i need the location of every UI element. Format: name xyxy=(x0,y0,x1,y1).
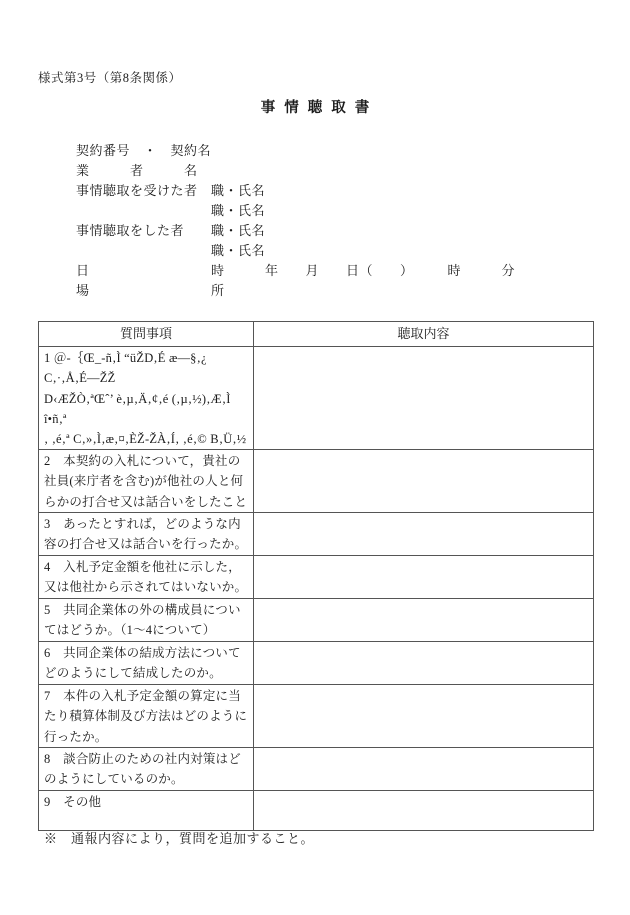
interviewee-field: 事情聴取を受けた者 職・氏名 xyxy=(76,181,515,201)
table-row: 7 本件の入札予定金額の算定に当たり積算体制及び方法はどのように行ったか。 xyxy=(39,685,594,748)
question-cell-6: 6 共同企業体の結成方法についてどのようにして結成したのか。 xyxy=(39,642,253,684)
question-cell-1: 1 ＠-｛Œ_-ñ‚Ì “üŽD‚É æ—§‚¿ C‚·‚Å‚É—ŽŽ D‹ÆŽ… xyxy=(39,347,253,449)
question-cell-7: 7 本件の入札予定金額の算定に当たり積算体制及び方法はどのように行ったか。 xyxy=(39,685,253,747)
question-items-header: 質問事項 xyxy=(39,322,254,347)
answer-cell-4 xyxy=(254,556,593,597)
table-row: 5 共同企業体の外の構成員についてはどうか。（1～4について） xyxy=(39,599,594,642)
answer-cell-9 xyxy=(254,791,593,829)
questions-table: 質問事項 聴取内容 1 ＠-｛Œ_-ñ‚Ì “üŽD‚É æ—§‚¿ C‚·‚Å… xyxy=(38,321,594,831)
interviewer-field-2: 職・氏名 xyxy=(76,241,515,261)
question-cell-4: 4 入札予定金額を他社に示した，又は他社から示されてはいないか。 xyxy=(39,556,253,598)
vendor-name-field: 業 者 名 xyxy=(76,161,515,181)
datetime-field: 日 時 年 月 日（ ） 時 分 xyxy=(76,261,515,281)
footnote: ※ 通報内容により，質問を追加すること。 xyxy=(44,828,314,847)
question-cell-2: 2 本契約の入札について，貴社の社員(来庁者を含む)が他社の人と何らかの打合せ又… xyxy=(39,450,253,512)
header-fields: 契約番号 ・ 契約名 業 者 名 事情聴取を受けた者 職・氏名 職・氏名 事情聴… xyxy=(76,141,515,301)
answer-cell-5 xyxy=(254,599,593,640)
hearing-record-form-page: 様式第3号（第8条関係） 事情聴取書 契約番号 ・ 契約名 業 者 名 事情聴取… xyxy=(0,0,630,915)
table-row: 1 ＠-｛Œ_-ñ‚Ì “üŽD‚É æ—§‚¿ C‚·‚Å‚É—ŽŽ D‹ÆŽ… xyxy=(39,347,594,450)
question-cell-9: 9 その他 xyxy=(39,791,253,830)
answer-cell-7 xyxy=(254,685,593,746)
table-row: 9 その他 xyxy=(39,791,594,831)
question-cell-5: 5 共同企業体の外の構成員についてはどうか。（1～4について） xyxy=(39,599,253,641)
hearing-content-header: 聴取内容 xyxy=(254,322,594,347)
table-row: 6 共同企業体の結成方法についてどのようにして結成したのか。 xyxy=(39,642,594,685)
answer-cell-2 xyxy=(254,450,593,511)
question-cell-8: 8 談合防止のための社内対策はどのようにしているのか。 xyxy=(39,748,253,790)
answer-cell-6 xyxy=(254,642,593,683)
location-field: 場 所 xyxy=(76,281,515,301)
document-title: 事情聴取書 xyxy=(0,96,630,117)
answer-cell-1 xyxy=(254,347,593,448)
table-header-row: 質問事項 聴取内容 xyxy=(39,322,594,347)
table-row: 3 あったとすれば，どのような内容の打合せ又は話合いを行ったか。 xyxy=(39,513,594,556)
form-number: 様式第3号（第8条関係） xyxy=(38,68,182,86)
interviewee-field-2: 職・氏名 xyxy=(76,201,515,221)
interviewer-field: 事情聴取をした者 職・氏名 xyxy=(76,221,515,241)
table-row: 4 入札予定金額を他社に示した，又は他社から示されてはいないか。 xyxy=(39,556,594,599)
question-cell-3: 3 あったとすれば，どのような内容の打合せ又は話合いを行ったか。 xyxy=(39,513,253,555)
answer-cell-8 xyxy=(254,748,593,789)
table-row: 8 談合防止のための社内対策はどのようにしているのか。 xyxy=(39,748,594,791)
contract-number-field: 契約番号 ・ 契約名 xyxy=(76,141,515,161)
table-row: 2 本契約の入札について，貴社の社員(来庁者を含む)が他社の人と何らかの打合せ又… xyxy=(39,450,594,513)
answer-cell-3 xyxy=(254,513,593,554)
